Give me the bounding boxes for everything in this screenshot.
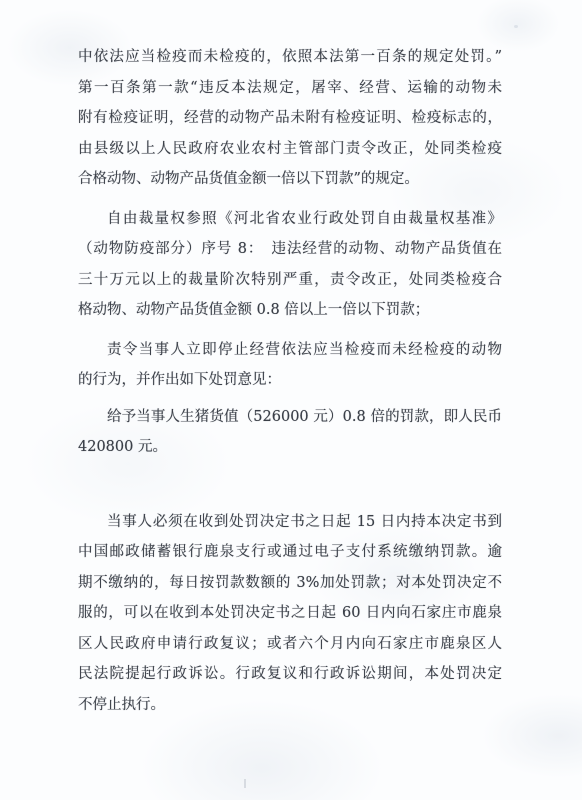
document-body: 中依法应当检疫而未检疫的，依照本法第一百条的规定处罚。” 第一百条第一款“违反本… (78, 42, 502, 720)
text-line: 格动物、动物产品货值金额 0.8 倍以上一倍以下罚款； (78, 295, 502, 326)
text-line: 区人民政府申请行政复议；或者六个月内向石家庄市鹿泉区人 (78, 629, 502, 660)
text-line: 的行为，并作出如下处罚意见： (78, 365, 502, 396)
paragraph-penalty-amount: 给予当事人生猪货值（526000 元）0.8 倍的罚款，即人民币 420800 … (78, 402, 502, 463)
paragraph-discretion-basis: 自由裁量权参照《河北省农业行政处罚自由裁量权基准》 （动物防疫部分）序号 8： … (78, 204, 502, 326)
text-line: 当事人必须在收到处罚决定书之日起 15 日内持本决定书到 (78, 507, 502, 538)
text-line: 中国邮政储蓄银行鹿泉支行或通过电子支付系统缴纳罚款。逾 (78, 537, 502, 568)
scan-artifact (244, 779, 246, 788)
text-line: （动物防疫部分）序号 8： 违法经营的动物、动物产品货值在 (78, 234, 502, 265)
text-line: 三十万元以上的裁量阶次特别严重，责令改正，处同类检疫合 (78, 265, 502, 296)
text-line: 420800 元。 (78, 432, 502, 463)
document-page: 中依法应当检疫而未检疫的，依照本法第一百条的规定处罚。” 第一百条第一款“违反本… (0, 0, 582, 800)
text-line: 由县级以上人民政府农业农村主管部门责令改正，处同类检疫 (78, 134, 502, 165)
paragraph-law-citation: 中依法应当检疫而未检疫的，依照本法第一百条的规定处罚。” 第一百条第一款“违反本… (78, 42, 502, 195)
text-line: 附有检疫证明，经营的动物产品未附有检疫证明、检疫标志的， (78, 103, 502, 134)
paragraph-order-to-stop: 责令当事人立即停止经营依法应当检疫而未经检疫的动物 的行为，并作出如下处罚意见： (78, 335, 502, 396)
text-line: 自由裁量权参照《河北省农业行政处罚自由裁量权基准》 (78, 204, 502, 235)
paragraph-payment-and-appeal: 当事人必须在收到处罚决定书之日起 15 日内持本决定书到 中国邮政储蓄银行鹿泉支… (78, 507, 502, 721)
text-line: 合格动物、动物产品货值金额一倍以下罚款”的规定。 (78, 164, 502, 195)
text-line: 给予当事人生猪货值（526000 元）0.8 倍的罚款，即人民币 (78, 402, 502, 433)
text-line: 不停止执行。 (78, 690, 502, 721)
scan-speck-artifact (514, 25, 518, 28)
text-line: 期不缴纳的，每日按罚款数额的 3%加处罚款；对本处罚决定不 (78, 568, 502, 599)
text-line: 民法院提起行政诉讼。行政复议和行政诉讼期间，本处罚决定 (78, 659, 502, 690)
text-line: 第一百条第一款“违反本法规定，屠宰、经营、运输的动物未 (78, 73, 502, 104)
text-line: 中依法应当检疫而未检疫的，依照本法第一百条的规定处罚。” (78, 42, 502, 73)
text-line: 责令当事人立即停止经营依法应当检疫而未经检疫的动物 (78, 335, 502, 366)
text-line: 服的，可以在收到本处罚决定书之日起 60 日内向石家庄市鹿泉 (78, 598, 502, 629)
